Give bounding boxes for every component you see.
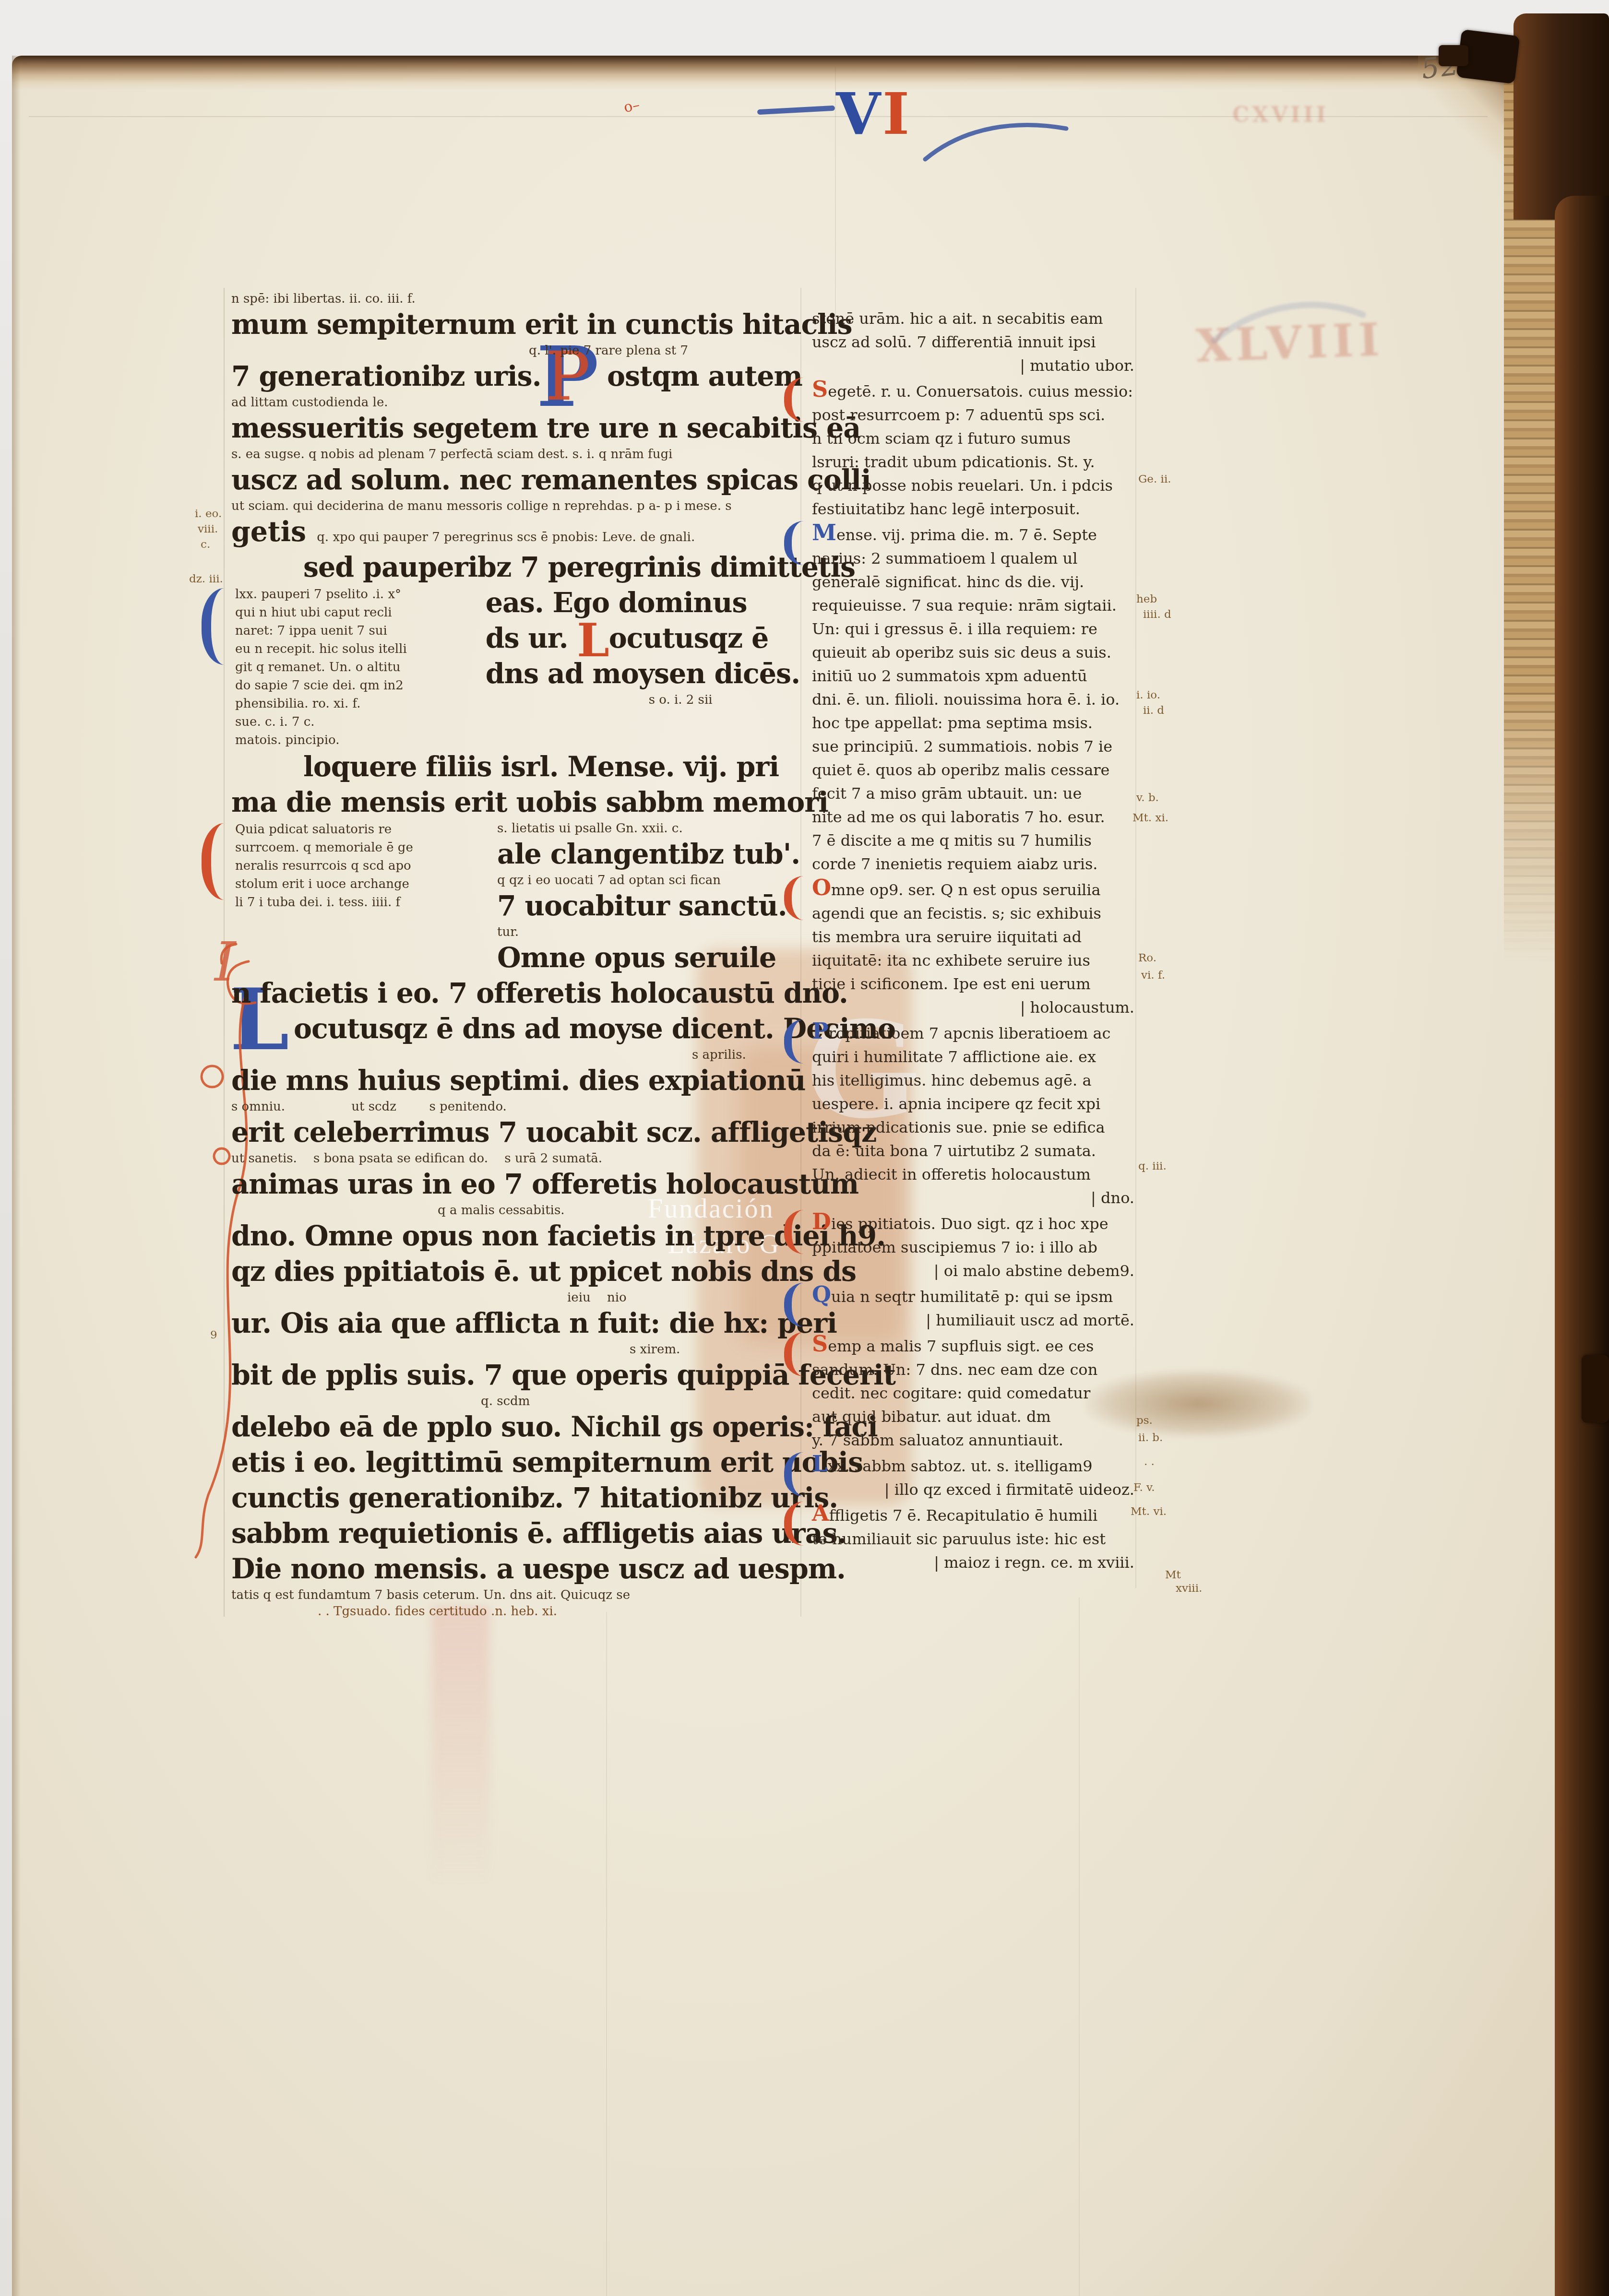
chapter-numeral-v: V [836,80,881,148]
gloss-line: s xirem. [630,1341,800,1358]
gloss-line: q. l'. pie 7 rare plena st 7 [529,343,800,359]
gloss-line: initiū uo 2 summatois xpm aduentū [812,664,1134,688]
gloss-line: naret: 7 ippa uenit 7 sui [235,622,479,640]
gloss-line: | humiliauit uscz ad mortē. [812,1309,1134,1332]
scripture-line: erit celeberrimus 7 uocabit scz. afflige… [231,1115,800,1150]
margin-note-right: F. v. [1133,1481,1155,1494]
gloss-line: stolum erit i uoce archange [235,875,490,893]
gloss-line: tis membra ura seruire iiquitati ad [812,925,1134,949]
margin-note-right: . . [1144,1456,1155,1468]
gloss-line: quiri i humilitate 7 afflictione aie. ex [812,1045,1134,1069]
margin-note-right: vi. f. [1141,969,1165,982]
gloss-line: Mense. vij. prima die. m. 7 ē. Septe [812,521,1134,547]
gloss-line: dni. ē. un. filioli. nouissima hora ē. i… [812,688,1134,711]
pink-offset-smear [432,1607,489,1885]
margin-note-left: dz. iii. [189,573,223,585]
scripture-block: eas. Ego dominusds ur. Locutusqz ēdns ad… [479,585,800,749]
rubric-initial: O [812,875,831,900]
gloss-line: surrcoem. q memoriale ē ge [235,839,490,857]
gloss-line: tatis q est fundamtum 7 basis ceterum. U… [231,1587,800,1603]
text-fragment: ffligetis 7 ē. Recapitulatio ē humili [829,1506,1098,1525]
scripture-line: eas. Ego dominus [486,585,800,621]
scripture-line: loquere filiis isrl. Mense. vij. pri [303,749,800,785]
gloss-line: ad littam custodienda le. [231,394,800,411]
text-fragment: emp a malis 7 supfluis sigt. ee ces [828,1337,1094,1355]
margin-note-right: Ro. [1138,952,1156,964]
scripture-line: cunctis generationibz. 7 hitationibz uri… [231,1480,800,1516]
gloss-line: | dno. [812,1186,1134,1210]
gloss-line: q a malis cessabitis. [438,1202,800,1219]
margin-note-right: iiii. d [1143,608,1171,621]
ghost-offset-roman-top: CXVIII [1232,103,1329,127]
gloss-line: s aprilis. [692,1047,800,1063]
gloss-column: stonē urām. hic a ait. n secabitis eamus… [812,307,1134,1574]
gloss-line: agendi que an fecistis. s; sic exhibuis [812,902,1134,925]
text-fragment: xx. sabbm sabtoz. ut. s. itelligam9 [827,1457,1092,1475]
gloss-line: Segetē. r. u. Conuersatois. cuius messio… [812,378,1134,403]
scripture-line: etis i eo. legittimū sempiternum erit uo… [231,1445,800,1480]
text-fragment: mne op9. ser. Q n est opus seruilia [831,881,1101,899]
gloss-line: Dies ppitiatois. Duo sigt. qz i hoc xpe [812,1210,1134,1236]
mixed-line: getisq. xpo qui pauper 7 peregrinus scs … [231,514,800,550]
margin-note-right: ps. [1136,1414,1153,1427]
margin-note-left: c. [201,538,210,551]
gloss-fragment: q. xpo qui pauper 7 peregrinus scs ē pno… [317,530,695,544]
gloss-line: requieuisse. 7 sua requie: nrām sigtaii. [812,594,1134,617]
binding-clasp-middle [1582,1355,1609,1423]
scripture-line: mum sempiternum erit in cunctis hitaclis [231,307,800,343]
scripture-line: ur. Ois aia que afflicta n fuit: die hx:… [231,1306,800,1341]
margin-note-left: viii. [198,523,218,535]
gloss-line: Omne op9. ser. Q n est opus seruilia [812,876,1134,902]
text-fragment: ocutusqz ē [609,622,768,654]
scripture-line: bit de pplis suis. 7 que operis quippiā … [231,1358,800,1393]
gloss-line: corde 7 inenietis requiem aiabz uris. [812,852,1134,876]
gloss-block: lxx. pauperi 7 pselito .i. x°qui n hiut … [231,585,479,749]
gloss-line: Propitiatioem 7 apcnis liberatioem ac [812,1019,1134,1045]
scripture-line: uscz ad solum. nec remanentes spicas col… [231,462,800,498]
scripture-line: ale clangentibz tub'. [497,837,800,872]
gloss-line: generalē significat. hinc ds die. vij. [812,570,1134,594]
gloss-line: q. scdm [481,1393,800,1409]
scripture-line: delebo eā de pplo suo. Nichil gs operis:… [231,1409,800,1445]
margin-note-right: Mt. vi. [1131,1505,1167,1518]
text-fragment: egetē. r. u. Conuersatois. cuius messio: [828,382,1133,401]
gloss-line: irrium pdicationis sue. pnie se edifica [812,1116,1134,1139]
gloss-line: cedit. nec cogitare: quid comedatur [812,1382,1134,1405]
text-fragment: ies ppitiatois. Duo sigt. qz i hoc xpe [831,1215,1108,1233]
gloss-line: Semp a malis 7 supfluis sigt. ee ces [812,1332,1134,1358]
scripture-line: sabbm requietionis ē. affligetis aias ur… [231,1516,800,1551]
scripture-line: 7 uocabitur sanctū. [497,888,800,924]
gloss-line: s. lietatis ui psalle Gn. xxii. c. [497,820,800,837]
gloss-line: 7 ē discite a me q mitis su 7 humilis [812,829,1134,852]
gloss-line: eu n recepit. hic solus itelli [235,640,479,658]
gloss-line: y. 7 sabbm saluatoz annuntiauit. [812,1429,1134,1452]
chapter-heading-red-tick: o– [622,96,642,116]
gloss-line: ticie i scificonem. Ipe est eni uerum [812,972,1134,996]
gloss-line: uscz ad solū. 7 differentiā innuit ipsi [812,331,1134,354]
scripture-line: dns ad moysen dicēs. [486,656,800,692]
gloss-line: ut sanetis. s bona psata se edifican do.… [231,1150,800,1167]
chapter-numeral-i: I [882,80,909,148]
gloss-line: da ē: uita bona 7 uirtutibz 2 sumata. [812,1139,1134,1163]
leather-cover-side [1555,196,1609,2296]
margin-note-right: Ge. ii. [1138,473,1171,485]
split-block: Quia pdicat saluatoris resurrcoem. q mem… [231,820,800,976]
gloss-line: quiet ē. quos ab operibz malis cessare [812,758,1134,782]
gloss-line: git q remanet. Un. o altitu [235,658,479,676]
gloss-line: s o. i. 2 sii [649,692,800,708]
page-left-edge-shadow [12,56,21,2296]
split-block: lxx. pauperi 7 pselito .i. x°qui n hiut … [231,585,800,749]
margin-note-right: v. b. [1136,792,1159,804]
scripture-line: qz dies ppitiatois ē. ut ppicet nobis dn… [231,1254,800,1290]
gloss-line: quieuit ab operibz suis sic deus a suis. [812,641,1134,664]
gloss-line: ut sciam. qui deciderina de manu messori… [231,498,800,514]
gloss-line: fecit 7 a miso grām ubtauit. un: ue [812,782,1134,805]
margin-note-right: ii. b. [1138,1432,1163,1444]
gloss-line: | illo qz exced i firmitatē uideoz. [812,1478,1134,1502]
gloss-line: Affligetis 7 ē. Recapitulatio ē humili [812,1502,1134,1527]
gloss-line: | maioz i regn. ce. m xviii. [812,1551,1134,1574]
margin-note-right: Mt. xi. [1132,812,1168,824]
main-text-column: n spē: ibi libertas. ii. co. iii. f.mum … [231,291,800,1620]
gloss-line: lxx. pauperi 7 pselito .i. x° [235,585,479,604]
ruling-vertical-lower-right [1079,1598,1080,2296]
gloss-line: iiquitatē: ita nc exhibete seruire ius [812,949,1134,972]
margin-note-right: i. io. [1136,689,1160,701]
gloss-line: li 7 i tuba dei. i. tess. iiii. f [235,893,490,911]
scripture-block: s. lietatis ui psalle Gn. xxii. c.ale cl… [490,820,800,976]
gloss-line: te humiliauit sic paruulus iste: hic est [812,1527,1134,1551]
gloss-line: nite ad me os qui laboratis 7 ho. esur. [812,805,1134,829]
gloss-line: n spē: ibi libertas. ii. co. iii. f. [231,291,800,307]
rubric-initial: L [812,1451,827,1477]
rubric-initial: A [812,1500,829,1526]
scripture-line: ocutusqz ē dns ad moyse dicent. Decimo [294,1011,800,1047]
scripture-line: dno. Omne opus non facietis in tpre diei… [231,1219,800,1254]
scripture-line: ds ur. Locutusqz ē [486,621,800,656]
scripture-line: n facietis i eo. 7 offeretis holocaustū … [231,976,800,1011]
gloss-line: q ut n posse nobis reuelari. Un. i pdcis [812,474,1134,497]
gloss-line: | holocaustum. [812,996,1134,1019]
gloss-line: festiuitatibz hanc legē interposuit. [812,497,1134,521]
scripture-line: messueritis segetem tre ure n secabitis … [231,411,800,446]
gloss-line: stonē urām. hic a ait. n secabitis eam [812,307,1134,331]
gloss-line: s omniu. ut scdz s penitendo. [231,1099,800,1115]
gloss-line: do sapie 7 scie dei. qm in2 [235,676,479,695]
gloss-line: q qz i eo uocati 7 ad optan sci fican [497,872,800,888]
margin-note-right: heb [1136,593,1157,605]
rubric-initial: Q [812,1281,831,1307]
gloss-line: his itelligimus. hinc debemus agē. a [812,1069,1134,1092]
gloss-line: narius: 2 summatioem l qualem ul [812,547,1134,570]
gloss-line: . . Tgsuado. fides certitudo .n. heb. xi… [318,1603,800,1620]
rubric-initial: D [812,1208,831,1234]
margin-note-right: xviii. [1176,1582,1202,1595]
ruling-vertical-lower-left [606,1612,607,2296]
gloss-line: Lxx. sabbm sabtoz. ut. s. itelligam9 [812,1452,1134,1478]
text-fragment: uia n seqtr humilitatē p: qui se ipsm [831,1288,1113,1306]
chapter-heading: VI [836,85,909,143]
manuscript-photo: { "folio_number": "52.", "chapter_headin… [0,0,1609,2296]
margin-note-left: 9 [210,1329,217,1341]
margin-note-right: q. iii. [1138,1160,1167,1172]
gloss-line: ppitiatoem suscipiemus 7 io: i illo ab [812,1236,1134,1259]
scripture-line: die mns huius septimi. dies expiationū [231,1063,800,1099]
gloss-line: neralis resurrcois q scd apo [235,857,490,875]
gloss-line: matois. pincipio. [235,731,479,749]
text-fragment: ropitiatioem 7 apcnis liberatioem ac [829,1024,1111,1042]
gloss-line: uespere. i. apnia incipere qz fecit xpi [812,1092,1134,1116]
scripture-line: sed pauperibz 7 peregrinis dimittetis [303,550,800,585]
gloss-line: tur. [497,924,800,940]
gloss-line: sue principiū. 2 summatiois. nobis 7 ie [812,735,1134,758]
scripture-line: Die nono mensis. a uespe uscz ad uespm. [231,1551,800,1587]
margin-note-right: ii. d [1143,704,1164,717]
margin-note-left: i. eo. [195,508,222,520]
rubric-initial: S [812,376,828,402]
leather-cover-top [1514,13,1609,220]
book-binding [1501,13,1609,2296]
gloss-line: s. ea sugse. q nobis ad plenam 7 perfect… [231,446,800,462]
gloss-line: qui n hiut ubi caput recli [235,604,479,622]
chapter-heading-swash [922,107,1071,165]
gloss-line: Quia n seqtr humilitatē p: qui se ipsm [812,1283,1134,1309]
gloss-line: sue. c. i. 7 c. [235,713,479,731]
gloss-line: Un: qui i gressus ē. i illa requiem: re [812,617,1134,641]
binding-clasp-top-knob [1439,45,1468,66]
scripture-line: 7 generationibz uris. ostqm autem [231,359,800,394]
text-fragment: ds ur. [486,622,577,654]
gloss-line: phensibilia. ro. xi. f. [235,695,479,713]
gloss-line: Un. adiecit in offeretis holocaustum [812,1163,1134,1186]
text-fragment: ense. vij. prima die. m. 7 ē. Septe [836,526,1097,544]
gloss-line: hoc tpe appellat: pma septima msis. [812,711,1134,735]
page-top-browned-edge [12,56,1572,90]
text-fragment: 7 generationibz uris. [231,360,607,392]
rubric-initial: M [812,520,836,545]
gloss-line: lsruri: tradit ubum pdicationis. St. y. [812,450,1134,474]
rubric-initial: P [812,1018,829,1044]
margin-note-right: Mt [1165,1569,1181,1581]
ghost-offset-swash [1209,287,1368,349]
gloss-line: aut quid bibatur. aut iduat. dm [812,1405,1134,1429]
scripture-line: animas uras in eo 7 offeretis holocaustu… [231,1167,800,1202]
rubric-initial: S [812,1331,828,1357]
gloss-line: | oi malo abstine debem9. [812,1259,1134,1283]
gloss-line: | mutatio ubor. [812,354,1134,378]
scripture-word: getis [231,516,306,548]
gloss-line: Quia pdicat saluatoris re [235,820,490,839]
scripture-line: Omne opus seruile [497,940,800,976]
gloss-block: Quia pdicat saluatoris resurrcoem. q mem… [231,820,490,976]
scripture-line: ma die mensis erit uobis sabbm memori [231,785,800,820]
gloss-line: post resurrcoem p: 7 aduentū sps sci. [812,403,1134,427]
gloss-line: sandum. Un: 7 dns. nec eam dze con [812,1358,1134,1382]
gloss-line: n tn ocm sciam qz i futuro sumus [812,427,1134,450]
gloss-line: ieiu nio [567,1290,800,1306]
text-fragment: ostqm autem [607,360,802,392]
